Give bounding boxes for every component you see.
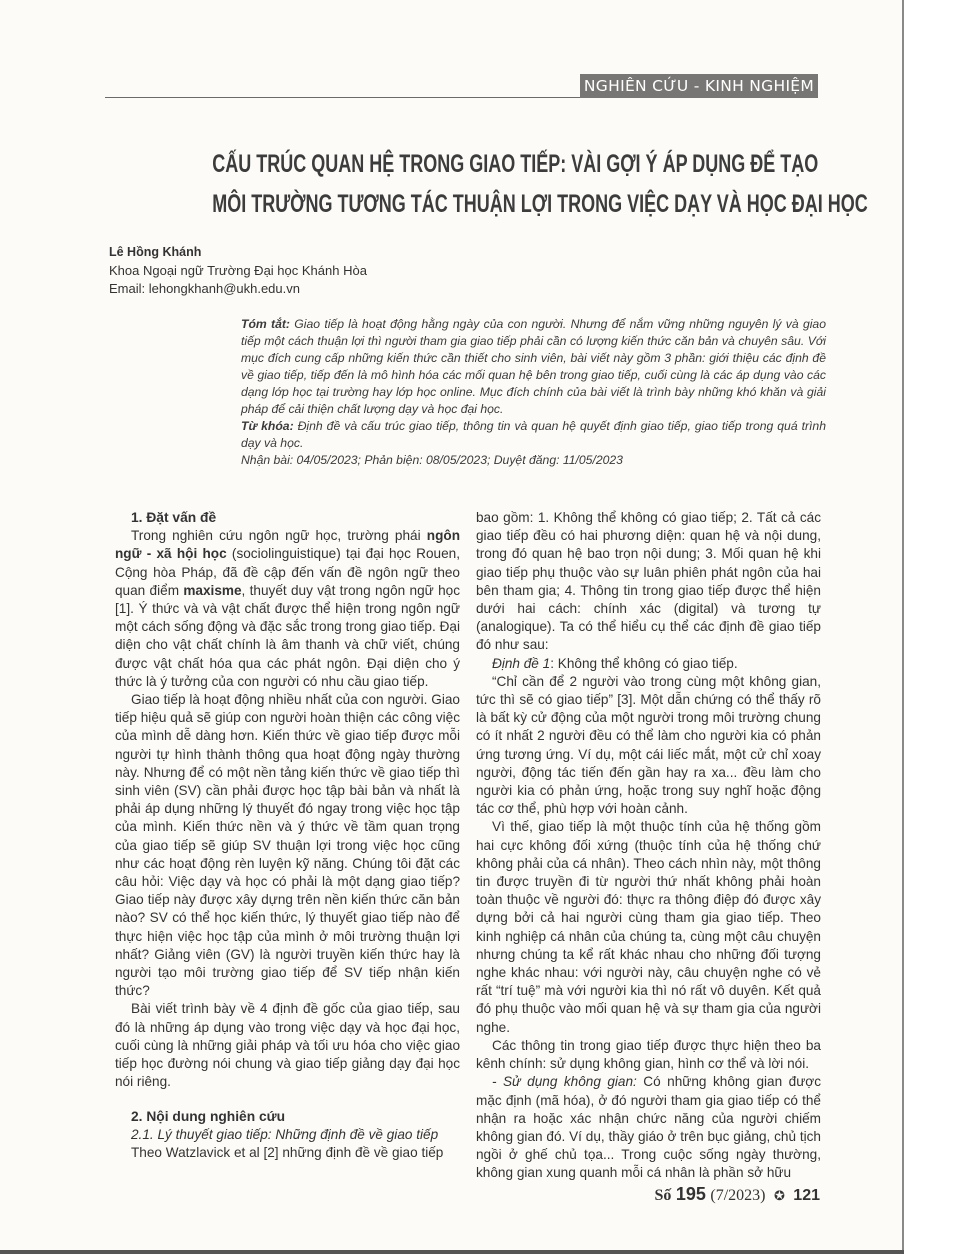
summary-text: Giao tiếp là hoạt động hằng ngày của con… — [241, 317, 826, 416]
paragraph: Vì thế, giao tiếp là một thuộc tính của … — [476, 818, 821, 1036]
left-column: 1. Đặt vấn đề Trong nghiên cứu ngôn ngữ … — [115, 509, 460, 1162]
author-name: Lê Hồng Khánh — [109, 243, 367, 262]
italic-term: Định đề 1 — [492, 656, 550, 671]
abstract-summary: Tóm tắt: Giao tiếp là hoạt động hằng ngà… — [241, 316, 826, 418]
bold-term: maxisme — [183, 583, 241, 598]
page-footer: Số 195 (7/2023) ✪ 121 — [650, 1184, 820, 1205]
paragraph: “Chỉ cần để 2 người vào trong cùng một k… — [476, 673, 821, 819]
page-number: 121 — [793, 1187, 820, 1204]
section-heading-1: 1. Đặt vấn đề — [115, 509, 460, 527]
journal-page: NGHIÊN CỨU - KINH NGHIỆM CẤU TRÚC QUAN H… — [0, 0, 904, 1250]
paragraph: - Sử dụng không gian: Có những không gia… — [476, 1073, 821, 1182]
right-column: bao gồm: 1. Không thể không có giao tiếp… — [476, 509, 821, 1183]
paragraph: bao gồm: 1. Không thể không có giao tiếp… — [476, 509, 821, 655]
text-run: : Không thể không có giao tiếp. — [550, 656, 737, 671]
header-rule — [105, 97, 580, 98]
issue-label: Số — [655, 1187, 672, 1204]
abstract-dates: Nhận bài: 04/05/2023; Phản biện: 08/05/2… — [241, 452, 826, 469]
author-email[interactable]: Email: lehongkhanh@ukh.edu.vn — [109, 280, 367, 299]
keywords-text: Định đề và cấu trúc giao tiếp, thông tin… — [241, 419, 826, 450]
keywords-label: Từ khóa: — [241, 419, 294, 433]
page-bottom-edge — [0, 1250, 904, 1254]
subsection-heading: 2.1. Lý thuyết giao tiếp: Những định đề … — [115, 1126, 460, 1144]
summary-label: Tóm tắt: — [241, 317, 290, 331]
spacer — [115, 1092, 460, 1108]
author-block: Lê Hồng Khánh Khoa Ngoại ngữ Trường Đại … — [109, 243, 367, 299]
abstract: Tóm tắt: Giao tiếp là hoạt động hằng ngà… — [241, 316, 826, 469]
paragraph: Các thông tin trong giao tiếp được thực … — [476, 1037, 821, 1073]
issue-date: (7/2023) — [710, 1187, 765, 1204]
paragraph: Trong nghiên cứu ngôn ngữ học, trường ph… — [115, 527, 460, 691]
paragraph: Bài viết trình bày về 4 định đề gốc của … — [115, 1000, 460, 1091]
text-run: Trong nghiên cứu ngôn ngữ học, trường ph… — [131, 528, 427, 543]
section-tag: NGHIÊN CỨU - KINH NGHIỆM — [580, 74, 818, 98]
separator-star-icon: ✪ — [770, 1188, 789, 1203]
author-affiliation: Khoa Ngoại ngữ Trường Đại học Khánh Hòa — [109, 262, 367, 281]
section-heading-2: 2. Nội dung nghiên cứu — [115, 1108, 460, 1126]
abstract-keywords: Từ khóa: Định đề và cấu trúc giao tiếp, … — [241, 418, 826, 452]
italic-term: - Sử dụng không gian: — [492, 1074, 637, 1089]
title-line-1: CẤU TRÚC QUAN HỆ TRONG GIAO TIẾP: VÀI GỢ… — [212, 144, 738, 184]
title-line-2: MÔI TRƯỜNG TƯƠNG TÁC THUẬN LỢI TRONG VIỆ… — [212, 184, 738, 224]
paragraph: Theo Watzlavick et al [2] những định đề … — [115, 1144, 460, 1162]
article-title: CẤU TRÚC QUAN HỆ TRONG GIAO TIẾP: VÀI GỢ… — [212, 144, 738, 224]
issue-number: 195 — [676, 1184, 706, 1204]
text-run: , thuyết duy vật trong ngôn ngữ học [1].… — [115, 583, 460, 689]
paragraph: Định đề 1: Không thể không có giao tiếp. — [476, 655, 821, 673]
text-run: Có những không gian được mặc định (mã hó… — [476, 1074, 821, 1180]
paragraph: Giao tiếp là hoạt động nhiều nhất của co… — [115, 691, 460, 1000]
